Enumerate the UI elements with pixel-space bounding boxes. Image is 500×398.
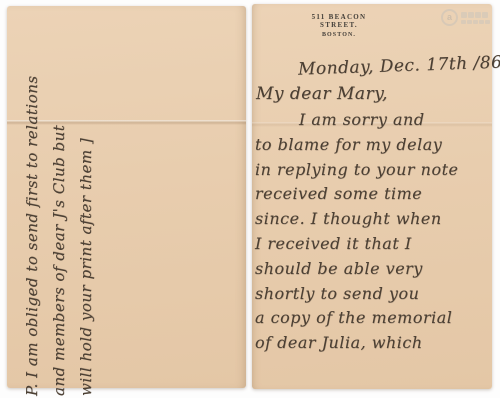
body-line: received some time (255, 182, 492, 207)
body-line: in replying to your note (255, 158, 492, 183)
body-line: a copy of the memorial (255, 306, 492, 331)
letterhead: 511 BEACON STREET. BOSTON. (294, 13, 384, 38)
watermark-circle-a-icon: a (441, 9, 458, 26)
postscript-line: and members of dear J's Club but (46, 28, 73, 396)
body-line: since. I thought when (255, 207, 492, 232)
watermark-text-blocks-icon (461, 12, 490, 24)
body-line: should be able very (255, 257, 492, 282)
letter-body: I am sorry and to blame for my delay in … (255, 108, 492, 356)
body-line: shortly to send you (255, 282, 492, 307)
body-line: I received it that I (255, 232, 492, 257)
watermark-logo: a (441, 9, 490, 26)
letter-photo: P. I am obliged to send first to relatio… (0, 0, 500, 398)
letterhead-city: BOSTON. (294, 32, 384, 38)
letter-page-right: 511 BEACON STREET. BOSTON. a Monday, Dec… (252, 4, 492, 389)
postscript-line: P. I am obliged to send first to relatio… (19, 28, 46, 396)
watermark-row (461, 12, 490, 18)
salutation: My dear Mary, (256, 84, 388, 104)
body-line: I am sorry and (255, 108, 492, 133)
letterhead-street: 511 BEACON STREET. (294, 13, 384, 29)
date-line: Monday, Dec. 17th /86. (298, 52, 500, 79)
postscript-line: will hold your print after them ] (73, 28, 100, 396)
letter-page-left: P. I am obliged to send first to relatio… (7, 6, 246, 388)
body-line: to blame for my delay (255, 133, 492, 158)
body-line: of dear Julia, which (255, 331, 492, 356)
watermark-row (461, 20, 490, 24)
postscript-rotated-text: P. I am obliged to send first to relatio… (19, 28, 100, 396)
